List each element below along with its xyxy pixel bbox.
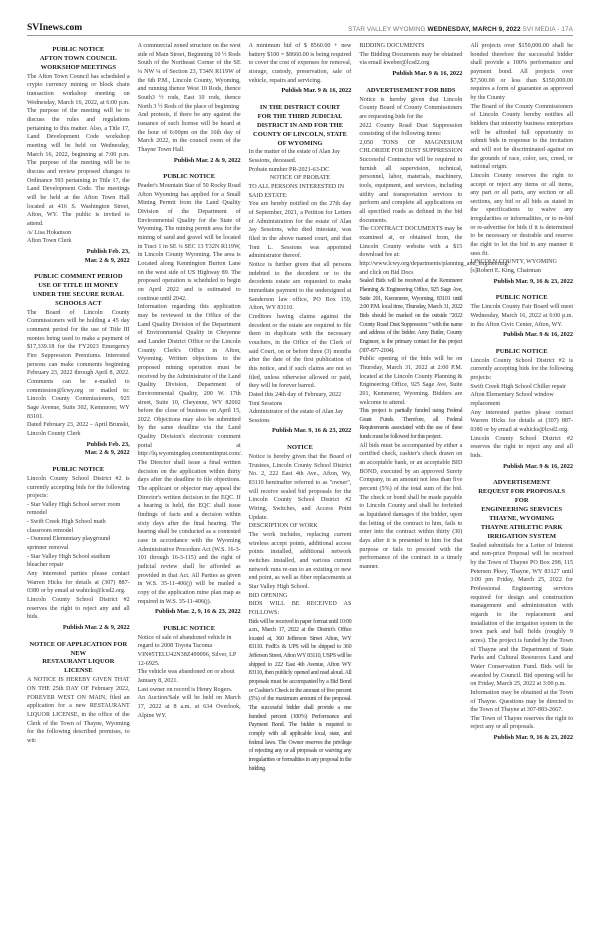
notice-body: Dated February 23, 2022 – April Brunski,… [27, 421, 130, 438]
column-4: BIDDING DOCUMENTS The Bidding Documents … [359, 42, 462, 781]
publish-dates: Publish Mar. 9 & 16, 2022 [249, 87, 352, 96]
notice-body: Public opening of the bids will be on Th… [359, 355, 462, 407]
column-5: All projects over $150,000.00 shall be b… [470, 42, 573, 781]
notice-probate-sessions: IN THE DISTRICT COURT FOR THE THIRD JUDI… [249, 104, 352, 436]
notice-body: Notice is hereby given that the Board of… [249, 453, 352, 522]
notice-body: Sealed Bids will be received at the Kemm… [359, 277, 462, 355]
notice-body: Sealed submittals for a Letter of Intere… [470, 542, 573, 689]
notice-body: The Lincoln County Fair Board will meet … [470, 303, 573, 329]
dateline-location: STAR VALLEY WYOMING [348, 26, 426, 33]
notice-body: The Town of Thayne reserves the right to… [470, 715, 573, 732]
publish-dates: Publish Mar. 9, 16 & 23, 2022 [470, 278, 573, 287]
notice-subheading: BIDDING DOCUMENTS [359, 42, 462, 51]
notice-abandoned-vehicle-cont: A minimum bid of $ 8560.00 + new battery… [249, 42, 352, 96]
notice-body: The work includes, replacing current wir… [249, 531, 352, 592]
notice-body: Notice of sale of abandoned vehicle in r… [138, 634, 241, 669]
publish-dates: Publish Mar. 9 & 16, 2022 [470, 331, 573, 340]
notice-body: Last owner on record is Henry Rogers. [138, 686, 241, 695]
notice-list-item: Afton Elementary School window replaceme… [470, 391, 573, 408]
notice-subheading: BIDS WILL BE RECEIVED AS FOLLOWS: [249, 600, 352, 617]
publish-dates: Publish Feb. 23, Mar. 2 & 9, 2022 [27, 248, 130, 265]
notice-body: The Board of the County Commissioners of… [470, 103, 573, 172]
notice-body: Successful Contractor will be required t… [359, 156, 462, 225]
notice-title: NOTICE OF APPLICATION FOR NEW RESTAURANT… [27, 641, 130, 677]
notice-signature-title: [s]Robert E. King, Chairman [470, 267, 573, 276]
notice-mining-permit: PUBLIC NOTICE Peader's Mountain Star of … [138, 173, 241, 617]
legal-notices-columns: PUBLIC NOTICE AFTON TOWN COUNCIL WORKSHO… [27, 42, 573, 781]
notice-subheading: BID OPENING [249, 592, 352, 601]
notice-body: Lincoln County reserves the right to acc… [470, 172, 573, 259]
notice-signature: LINCOLN COUNTY, WYOMING [470, 258, 573, 267]
column-3: A minimum bid of $ 8560.00 + new battery… [249, 42, 352, 781]
publish-dates: Publish Mar. 2, 9, 16 & 23, 2022 [138, 608, 241, 617]
column-2: A commercial zoned structure on the west… [138, 42, 241, 781]
notice-body: Peader's Mountain Star of 50 Rocky Road … [138, 182, 241, 303]
dateline: STAR VALLEY WYOMING WEDNESDAY, MARCH 9, … [348, 26, 573, 33]
notice-liquor-license-cont: A commercial zoned structure on the west… [138, 42, 241, 165]
notice-date: Dated this 24th day of February, 2022 [249, 391, 352, 400]
notice-list-item: - Star Valley High School server room re… [27, 501, 130, 518]
notice-body: Lincoln County School District #2 reserv… [470, 435, 573, 461]
publish-dates: Publish Mar. 9 & 16, 2022 [359, 70, 462, 79]
publish-dates: Publish Mar. 9 & 16, 2022 [470, 463, 573, 472]
notice-liquor-license: NOTICE OF APPLICATION FOR NEW RESTAURANT… [27, 641, 130, 746]
notice-body: The Board of Lincoln County Commissioner… [27, 309, 130, 422]
notice-body: Any interested parties please contact Wa… [470, 409, 573, 435]
notice-dust-suppression-cont: All projects over $150,000.00 shall be b… [470, 42, 573, 286]
notice-title: PUBLIC NOTICE [470, 348, 573, 357]
notice-lcsd2-wiring: NOTICE Notice is hereby given that the B… [249, 444, 352, 773]
notice-body: A minimum bid of $ 8560.00 + new battery… [249, 42, 352, 85]
notice-body: And protests, if there be any against th… [138, 111, 241, 154]
notice-body: An Auction/Sale will be held on March 17… [138, 694, 241, 720]
notice-body: Information regarding this application m… [138, 303, 241, 606]
notice-body: The Bidding Documents may be obtained vi… [359, 51, 462, 68]
notice-body: Lincoln County School District #2 is cur… [470, 357, 573, 383]
notice-title: PUBLIC NOTICE [138, 625, 241, 634]
notice-subheading: TO ALL PERSONS INTERESTED IN SAID ESTATE… [249, 183, 352, 200]
notice-abandoned-vehicle: PUBLIC NOTICE Notice of sale of abandone… [138, 625, 241, 720]
notice-body: The CONTRACT DOCUMENTS may be examined a… [359, 225, 462, 260]
notice-title: ADVERTISEMENT FOR BIDS [359, 87, 462, 96]
notice-signature-title: Afton Town Clerk [27, 237, 130, 246]
column-1: PUBLIC NOTICE AFTON TOWN COUNCIL WORKSHO… [27, 42, 130, 781]
notice-body: The vehicle was abandoned on or about Ja… [138, 668, 241, 685]
publish-dates: Publish Feb. 23, Mar. 2 & 9, 2022 [27, 441, 130, 458]
notice-afton-workshop: PUBLIC NOTICE AFTON TOWN COUNCIL WORKSHO… [27, 46, 130, 265]
notice-body: Lincoln County School District #2 reserv… [27, 596, 130, 622]
notice-body: All projects over $150,000.00 shall be b… [470, 42, 573, 103]
notice-body: Creditors having claims against the dece… [249, 313, 352, 391]
notice-subheading: NOTICE OF PROBATE [249, 174, 352, 183]
notice-body: Any interested parties please contact Wa… [27, 570, 130, 596]
notice-body: A commercial zoned structure on the west… [138, 42, 241, 111]
notice-list-item: Swift Creek High School Chiller repair [470, 383, 573, 392]
notice-body: 2,050 TONS OF MAGNESIUM CHLORIDE FOR DUS… [359, 139, 462, 156]
notice-body: All bids must be accompanied by either a… [359, 442, 462, 572]
publish-dates: Publish Mar. 9, 16 & 23, 2022 [249, 427, 352, 436]
notice-title: PUBLIC NOTICE [138, 173, 241, 182]
notice-body: 2022 County Road Dust Suppression consis… [359, 122, 462, 139]
notice-lcsd2-bids-march9: PUBLIC NOTICE Lincoln County School Dist… [470, 348, 573, 471]
notice-fair-board: PUBLIC NOTICE The Lincoln County Fair Bo… [470, 294, 573, 340]
publish-dates: Publish Mar. 9, 16 & 23, 2022 [470, 734, 573, 743]
notice-title: ADVERTISEMENT REQUEST FOR PROPOSALS FOR … [470, 479, 573, 541]
publish-dates: Publish Mar. 2 & 9, 2022 [138, 157, 241, 166]
probate-number: Probate number PR-2021-63-DC [249, 166, 352, 175]
notice-lcsd2-wiring-cont: BIDDING DOCUMENTS The Bidding Documents … [359, 42, 462, 79]
notice-title: PUBLIC NOTICE AFTON TOWN COUNCIL WORKSHO… [27, 46, 130, 73]
notice-title: IN THE DISTRICT COURT FOR THE THIRD JUDI… [249, 104, 352, 149]
notice-subheading: DESCRIPTION OF WORK [249, 522, 352, 531]
notice-body: In the matter of the estate of Alan Jay … [249, 148, 352, 165]
notice-list-item: - Swift Creek High School math classroom… [27, 518, 130, 535]
publish-dates: Publish Mar. 2 & 9, 2022 [27, 624, 130, 633]
notice-body: You are hereby notified on the 27th day … [249, 200, 352, 261]
notice-signature: /s/ Lisa Hokanson [27, 229, 130, 238]
dateline-date: WEDNESDAY, MARCH 9, 2022 [428, 26, 521, 33]
notice-body: Bids will be received in paper format un… [249, 618, 352, 774]
notice-title: PUBLIC NOTICE [470, 294, 573, 303]
notice-body: Notice is hereby given that Lincoln Coun… [359, 96, 462, 122]
bid-docs-link[interactable]: http://www.lcwy.org/departments/planning… [359, 260, 462, 277]
notice-title: NOTICE [249, 444, 352, 453]
notice-body: Notice is further given that all persons… [249, 261, 352, 313]
notice-title: PUBLIC NOTICE [27, 466, 130, 475]
notice-thayne-rfp: ADVERTISEMENT REQUEST FOR PROPOSALS FOR … [470, 479, 573, 742]
notice-body: Information may be obtained at the Town … [470, 689, 573, 715]
notice-title-iii-comment: PUBLIC COMMENT PERIOD USE OF TITLE III M… [27, 273, 130, 458]
notice-body: Lincoln County School District #2 is cur… [27, 475, 130, 501]
notice-body: The Afton Town Council has scheduled a c… [27, 73, 130, 229]
notice-list-item: - Osmond Elementary playground sprinner … [27, 535, 130, 552]
notice-lcsd2-bids-march2: PUBLIC NOTICE Lincoln County School Dist… [27, 466, 130, 633]
dateline-section: SVI MEDIA - 17A [522, 26, 573, 33]
notice-body: A NOTICE IS HEREBY GIVEN THAT ON THE 25t… [27, 676, 130, 745]
notice-list-item: - Star Valley High School stadium bleach… [27, 553, 130, 570]
notice-signature: Toni Sessions [249, 400, 352, 409]
notice-signature-title: Administrator of the estate of Alan Jay … [249, 408, 352, 425]
notice-title: PUBLIC COMMENT PERIOD USE OF TITLE III M… [27, 273, 130, 309]
masthead: SVInews.com STAR VALLEY WYOMING WEDNESDA… [27, 20, 573, 36]
notice-body: This project is partially funded using F… [359, 407, 462, 442]
notice-dust-suppression-bids: ADVERTISEMENT FOR BIDS Notice is hereby … [359, 87, 462, 572]
site-name[interactable]: SVInews.com [27, 23, 82, 33]
